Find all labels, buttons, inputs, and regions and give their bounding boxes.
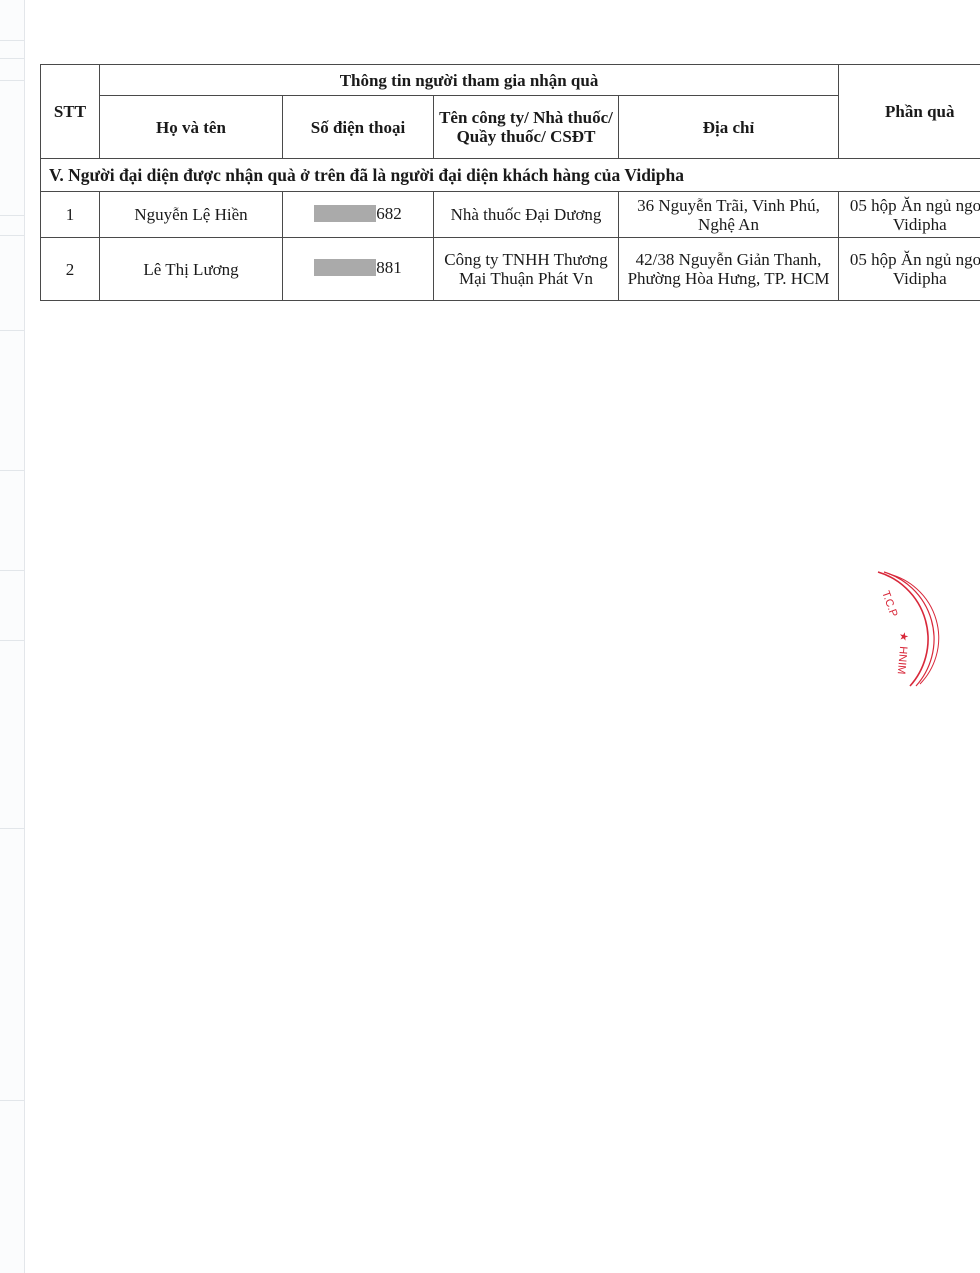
cell-name: Nguyễn Lệ Hiền [100, 192, 283, 238]
cell-name: Lê Thị Lương [100, 238, 283, 301]
svg-text:★: ★ [897, 631, 910, 642]
cell-phone: 881 [283, 238, 434, 301]
cell-stt: 2 [41, 238, 100, 301]
header-address: Địa chỉ [619, 96, 839, 159]
header-group-title: Thông tin người tham gia nhận quà [100, 65, 839, 96]
header-company: Tên công ty/ Nhà thuốc/ Quầy thuốc/ CSĐT [434, 96, 619, 159]
phone-suffix: 881 [376, 258, 402, 277]
cell-phone: 682 [283, 192, 434, 238]
header-gift: Phần quà [839, 65, 980, 159]
svg-text:T.C.P: T.C.P [879, 589, 899, 618]
table-row: 1 Nguyễn Lệ Hiền 682 Nhà thuốc Đại Dương… [41, 192, 980, 238]
svg-text:HNIM: HNIM [895, 646, 909, 675]
gift-recipients-table: STT Thông tin người tham gia nhận quà Ph… [40, 64, 980, 301]
cell-company: Công ty TNHH Thương Mại Thuận Phát Vn [434, 238, 619, 301]
scan-margin [0, 0, 25, 1273]
cell-address: 36 Nguyễn Trãi, Vinh Phú, Nghệ An [619, 192, 839, 238]
header-name: Họ và tên [100, 96, 283, 159]
company-seal-stamp: T.C.P ★ HNIM [870, 568, 950, 693]
cell-gift: 05 hộp Ăn ngủ ngon Vidipha [839, 238, 980, 301]
cell-gift: 05 hộp Ăn ngủ ngon Vidipha [839, 192, 980, 238]
cell-address: 42/38 Nguyễn Giản Thanh, Phường Hòa Hưng… [619, 238, 839, 301]
phone-suffix: 682 [376, 204, 402, 223]
table-row: 2 Lê Thị Lương 881 Công ty TNHH Thương M… [41, 238, 980, 301]
cell-company: Nhà thuốc Đại Dương [434, 192, 619, 238]
redaction-box [314, 205, 376, 222]
header-phone: Số điện thoại [283, 96, 434, 159]
cell-stt: 1 [41, 192, 100, 238]
redaction-box [314, 259, 376, 276]
header-stt: STT [41, 65, 100, 159]
section-title: V. Người đại diện được nhận quà ở trên đ… [41, 159, 980, 192]
